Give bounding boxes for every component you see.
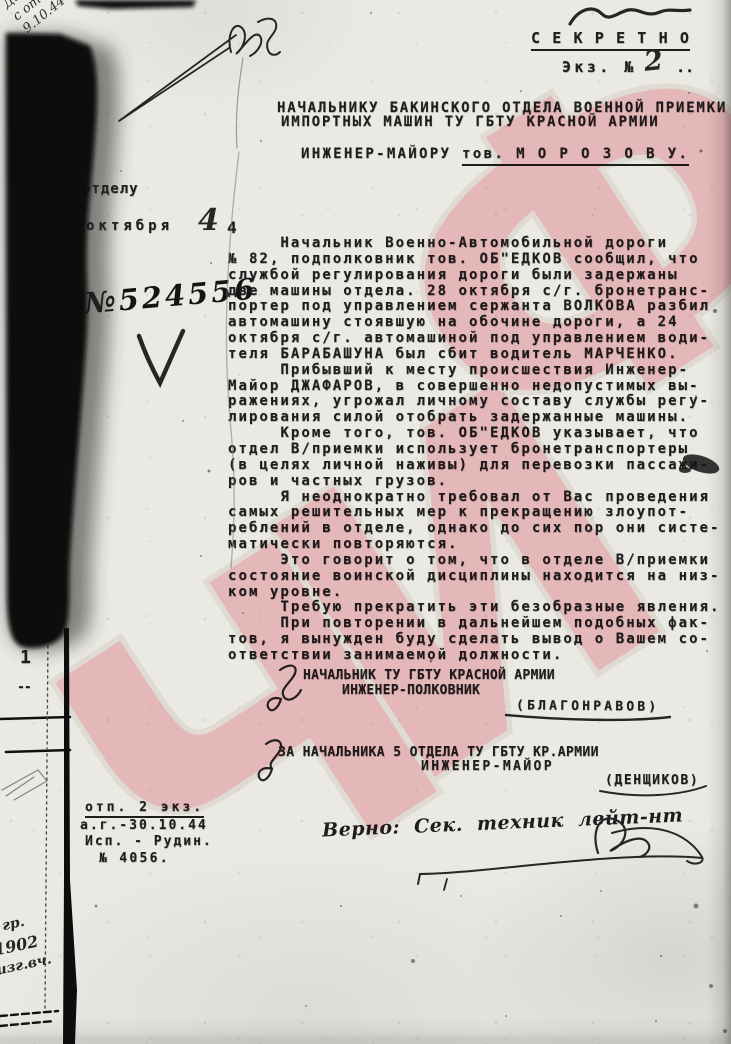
copy-number-label: Экз. № [562,58,637,76]
footer-number: № 4056. [99,851,170,866]
margin-number-top: 5 [23,617,34,638]
signature-tick [444,879,447,890]
registration-year-handwritten: 4 [198,203,219,238]
signature1-underline [506,715,670,720]
bottom-dashed-lines [0,1011,58,1026]
addressee-line-3: ИНЖЕНЕР-МАЙОРУ тов. М О Р О З О В У. [301,146,689,162]
margin-note-line: с отделами Юрид [10,0,588,25]
secret-stamp: С Е К Р Е Т Н О [531,29,690,51]
pencil-sketch-corner [2,770,47,800]
signature2-rank: ИНЖЕНЕР-МАЙОР [421,759,554,774]
approval-squiggle-1 [268,666,301,711]
addressee-rank: ИНЖЕНЕР-МАЙОРУ [301,146,462,162]
margin-number-bottom: 1 [20,647,31,668]
top-edge-strip [75,0,196,9]
corner-fragment-1: гр. [1,914,26,934]
binding-shadow-soft-edge [6,33,119,650]
margin-dash-mark: -- [17,680,31,695]
registration-dept-label: отделу [82,181,139,197]
signature1-rank: ИНЖЕНЕР-ПОЛКОВНИК [342,683,480,698]
register-line-1 [0,717,70,719]
check-mark [139,331,183,383]
register-line-2 [6,750,70,752]
scanned-document-page: С Е К Р Е Т Н О Экз. № 2 .. НАЧАЛЬНИКУ Б… [0,0,731,1044]
margin-note-handwritten: Дело приняла с отделами Юрид 9.10.44 Яръ [0,0,598,37]
signature-flourish-right [612,828,703,864]
number-scribble-mark [229,19,280,56]
margin-note-line: Дело приняла [0,0,578,12]
letter-body-text: Начальник Военно-Автомобильной дороги № … [228,236,721,664]
footer-date: а.г.-30.10.44 [80,818,208,833]
signature-flourish-line [418,856,702,884]
footer-executor: Исп. - Рудин. [85,834,213,849]
copy-number-dots: .. [676,58,694,76]
footer-copies: отп. 2 экз. [85,800,204,818]
addressee-line-2: ИМПОРТНЫХ МАШИН ТУ ГБТУ КРАСНОЙ АРМИИ [281,114,659,130]
signature1-position: НАЧАЛЬНИК ТУ ГБТУ КРАСНОЙ АРМИИ [303,668,555,683]
signature1-name: (БЛАГОНРАВОВ) [516,698,660,715]
copy-number-handwritten: 2 [642,45,664,78]
addressee-name-underlined: тов. М О Р О З О В У. [462,146,689,166]
pen-descender-stroke [236,58,243,148]
certification-handwritten: Верно: Сек. техник лейт-нт [322,804,684,841]
signature2-name: (ДЕНЩИКОВ) [605,773,699,788]
top-scribble-mark [570,9,690,24]
note-flourish-stroke [119,35,236,121]
margin-note-line: 9.10.44 Яръ [20,0,598,37]
signature2-position: ЗА НАЧАЛЬНИКА 5 ОТДЕЛА ТУ ГБТУ КР.АРМИИ [278,745,599,760]
binding-shadow-core [6,33,97,648]
registration-month-label: октября [86,218,173,234]
fold-line-vertical [63,628,77,1044]
scan-edge-shadow-bottom [0,1014,731,1044]
